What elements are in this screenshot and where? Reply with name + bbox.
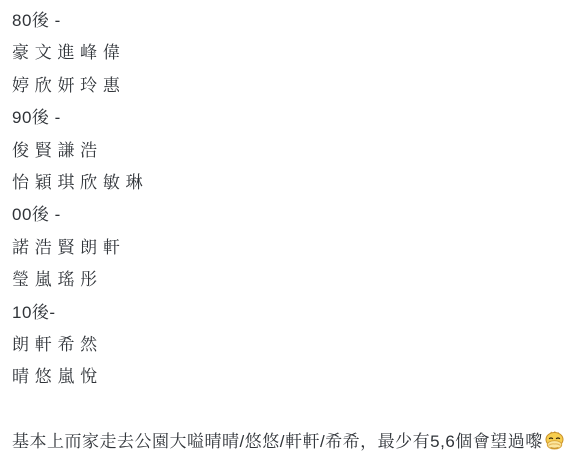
names-80s-female: 婷 欣 妍 玲 惠 <box>12 70 564 102</box>
decade-heading-00s: 00後 - <box>12 199 564 231</box>
decade-heading-90s: 90後 - <box>12 102 564 134</box>
decade-heading-10s: 10後- <box>12 297 564 329</box>
post-body: 80後 - 豪 文 進 峰 偉 婷 欣 妍 玲 惠 90後 - 俊 賢 謙 浩 … <box>0 0 576 459</box>
names-80s-male: 豪 文 進 峰 偉 <box>12 37 564 69</box>
blank-line <box>12 394 564 426</box>
names-90s-female: 怡 穎 琪 欣 敏 琳 <box>12 167 564 199</box>
clasped-hands-smirk-emoji-icon <box>544 431 565 450</box>
names-90s-male: 俊 賢 謙 浩 <box>12 135 564 167</box>
names-00s-female: 瑩 嵐 瑤 彤 <box>12 264 564 296</box>
names-10s-female: 晴 悠 嵐 悅 <box>12 361 564 393</box>
post-page: 80後 - 豪 文 進 峰 偉 婷 欣 妍 玲 惠 90後 - 俊 賢 謙 浩 … <box>0 0 576 467</box>
footer-line: 基本上而家走去公園大嗌晴晴/悠悠/軒軒/希希，最少有5,6個會望過嚟 <box>12 426 564 458</box>
names-00s-male: 諾 浩 賢 朗 軒 <box>12 232 564 264</box>
names-10s-male: 朗 軒 希 然 <box>12 329 564 361</box>
footer-text: 基本上而家走去公園大嗌晴晴/悠悠/軒軒/希希，最少有5,6個會望過嚟 <box>12 432 543 451</box>
decade-heading-80s: 80後 - <box>12 5 564 37</box>
